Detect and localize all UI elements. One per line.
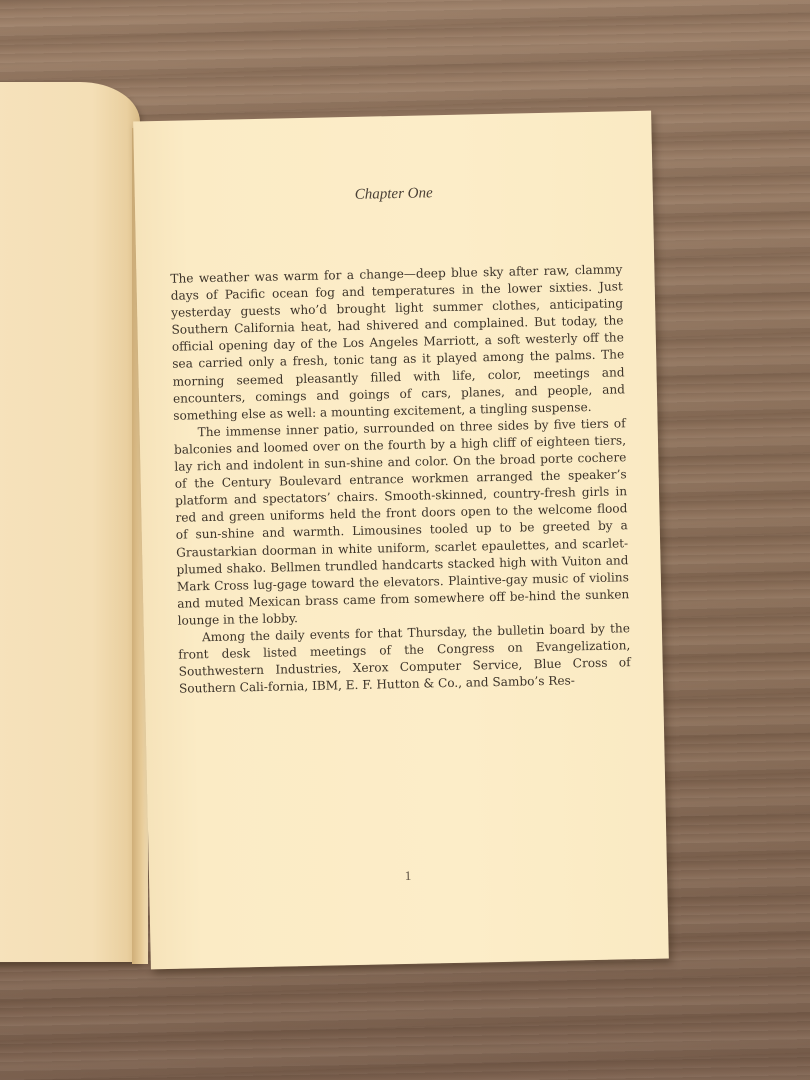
right-page: Chapter One The weather was warm for a c… xyxy=(133,111,669,970)
paragraph-2: The immense inner patio, surrounded on t… xyxy=(174,415,630,630)
left-page xyxy=(0,82,140,962)
chapter-body: The weather was warm for a change—deep b… xyxy=(170,261,631,698)
paragraph-3: Among the daily events for that Thursday… xyxy=(178,620,631,698)
page-number: 1 xyxy=(149,863,667,890)
paragraph-1: The weather was warm for a change—deep b… xyxy=(170,261,625,424)
chapter-title: Chapter One xyxy=(135,181,653,209)
